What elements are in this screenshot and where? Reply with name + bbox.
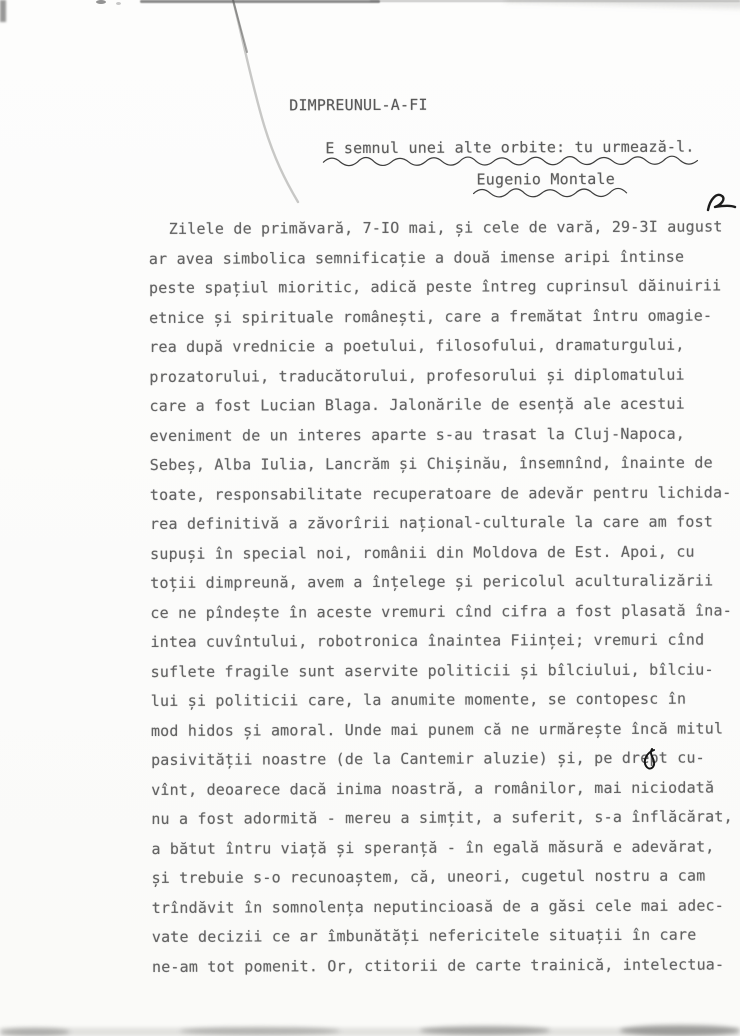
ink-loop-correction — [641, 747, 661, 775]
typed-line: Zilele de primăvară, 7-IO mai, și cele d… — [149, 212, 731, 244]
typed-line: vate decizii ce ar îmbunătăți nefericite… — [152, 920, 734, 952]
typed-line: rea după vrednicie a poetului, filosoful… — [149, 330, 731, 362]
typed-line: trîndăvit în somnolența neputincioasă de… — [152, 891, 734, 923]
typed-line: și trebuie s-o recunoaștem, că, uneori, … — [151, 861, 733, 893]
body-text: Zilele de primăvară, 7-IO mai, și cele d… — [149, 212, 734, 982]
typed-content: DIMPREUNUL-A-FI E semnul unei alte orbit… — [0, 0, 740, 1036]
typed-line: intea cuvîntului, robotronica înaintea F… — [150, 625, 732, 657]
typed-line: toții dimpreună, avem a înțelege și peri… — [150, 566, 732, 598]
typed-line: ne-am tot pomenit. Or, ctitorii de carte… — [152, 950, 734, 982]
typed-line: prozatorului, traducătorului, profesorul… — [149, 360, 731, 392]
typed-line: mod hidos și amoral. Unde mai punem că n… — [151, 714, 733, 746]
handwritten-squiggle-mark — [704, 190, 740, 218]
typed-line: toate, responsabilitate recuperatoare de… — [150, 478, 732, 510]
wavy-underline-epigraph — [322, 155, 694, 169]
wavy-underline-author — [473, 187, 625, 200]
typed-line: ar avea simbolica semnificație a două im… — [149, 242, 731, 274]
typed-line: vînt, deoarece dacă inima noastră, a rom… — [151, 773, 733, 805]
typed-line: eveniment de un interes aparte s-au tras… — [150, 419, 732, 451]
typed-line: lui și politicii care, la anumite moment… — [151, 684, 733, 716]
typed-line: suflete fragile sunt aservite politicii … — [151, 655, 733, 687]
typed-line: rea definitivă a zăvorîrii național-cult… — [150, 507, 732, 539]
typed-line: ce ne pîndește în aceste vremuri cînd ci… — [150, 596, 732, 628]
epigraph-author: Eugenio Montale — [476, 170, 615, 189]
typed-line: supuși în special noi, românii din Moldo… — [150, 537, 732, 569]
typed-line: a bătut întru viață și speranță - în ega… — [151, 832, 733, 864]
typed-line: peste spațiul mioritic, adică peste într… — [149, 271, 731, 303]
typed-line: nu a fost adormită - mereu a simțit, a s… — [151, 802, 733, 834]
typed-line: care a fost Lucian Blaga. Jalonările de … — [149, 389, 731, 421]
typed-line: etnice și spirituale românești, care a f… — [149, 301, 731, 333]
scanned-page: DIMPREUNUL-A-FI E semnul unei alte orbit… — [0, 0, 740, 1036]
typed-line: Sebeș, Alba Iulia, Lancrăm și Chișinău, … — [150, 448, 732, 480]
document-title: DIMPREUNUL-A-FI — [289, 96, 428, 115]
